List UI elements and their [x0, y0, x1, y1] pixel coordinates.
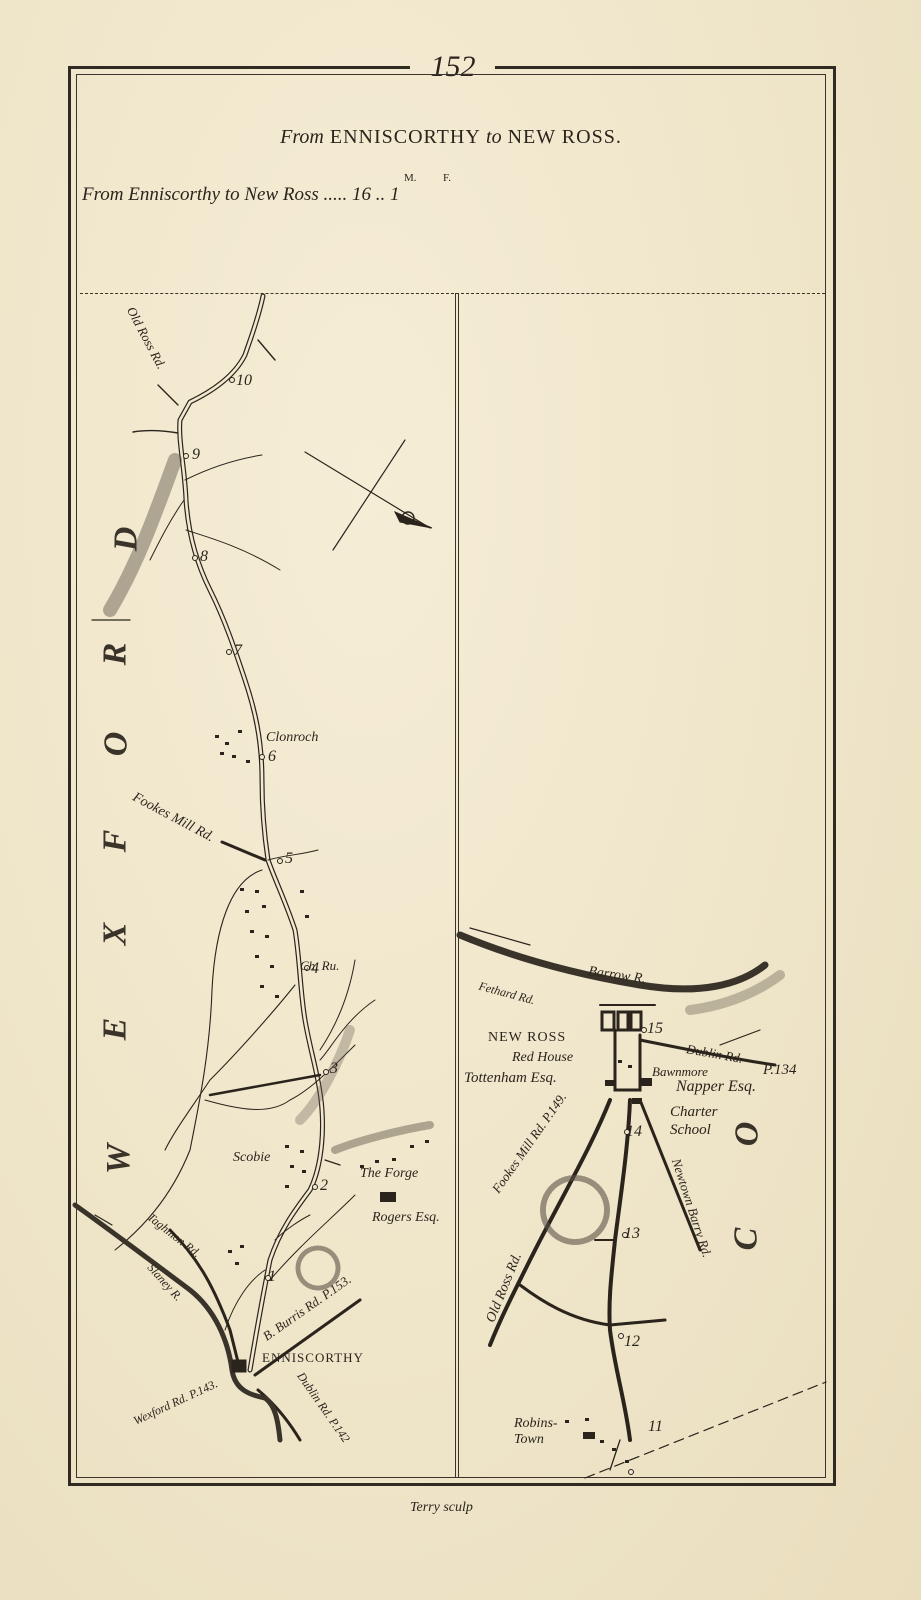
place-label: Napper Esq. — [676, 1078, 756, 1096]
milestone: 12 — [624, 1333, 640, 1351]
place-label: Robins-Town — [514, 1416, 564, 1448]
town-label: NEW ROSS — [488, 1030, 566, 1046]
county-letter: W — [100, 1144, 138, 1174]
milestone: 11 — [648, 1418, 663, 1436]
place-label: Scobie — [233, 1150, 270, 1166]
place-label: Tottenham Esq. — [464, 1070, 557, 1087]
county-letter: O — [728, 1122, 766, 1147]
county-letter: R — [96, 643, 134, 666]
page-ref-label: P.134 — [763, 1062, 796, 1079]
milestone: 5 — [285, 850, 293, 868]
county-letter: X — [96, 923, 134, 946]
town-label: ENNISCORTHY — [262, 1350, 364, 1366]
engraver-credit: Terry sculp — [410, 1500, 473, 1516]
milestone: 3 — [330, 1060, 338, 1078]
milestone: 15 — [647, 1020, 663, 1038]
county-letter: C — [727, 1228, 765, 1251]
milestone: 13 — [624, 1225, 640, 1243]
county-letter: E — [96, 1018, 134, 1041]
place-label: The Forge — [360, 1166, 418, 1182]
county-letter: O — [97, 732, 135, 757]
milestone: 14 — [626, 1123, 642, 1141]
place-label: Ch. Ru. — [300, 958, 339, 974]
place-label: Red House — [512, 1050, 573, 1066]
milestone: 10 — [236, 372, 252, 390]
place-label: Charter School — [670, 1103, 730, 1139]
county-letter: F — [96, 830, 134, 853]
milestone: 4 — [311, 960, 319, 978]
county-letter: D — [107, 527, 145, 552]
milestone: 7 — [234, 642, 242, 660]
place-label: Rogers Esq. — [372, 1210, 440, 1226]
milestone: 6 — [268, 748, 276, 766]
place-label: Clonroch — [266, 730, 318, 746]
milestone: 8 — [200, 548, 208, 566]
milestone: 9 — [192, 446, 200, 464]
milestone: 2 — [320, 1177, 328, 1195]
milestone: 1 — [268, 1268, 276, 1286]
